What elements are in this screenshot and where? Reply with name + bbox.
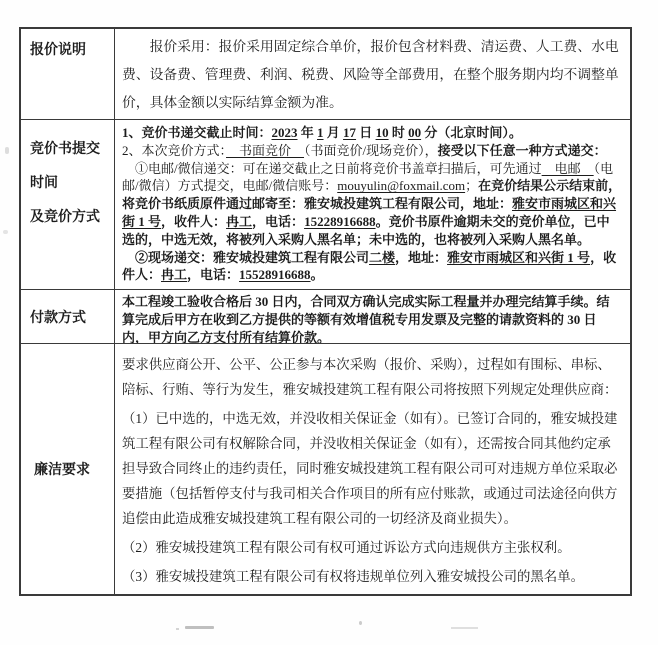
paragraph: 2、本次竞价方式： 书面竞价 （书面竞价/现场竞价），接受以下任意一种方式递交： — [122, 142, 622, 160]
text-run: 17 — [343, 125, 356, 140]
text-run: 00 — [408, 125, 421, 140]
paragraph: （2）雅安城投建筑工程有限公司有权可通过诉讼方式向违规供方主张权利。 — [122, 535, 622, 560]
text-run: 本工程竣工验收合格后 30 日内，合同双方确认完成实际工程量并办理完结算手续。结… — [122, 294, 610, 343]
table-row-bid-submission: 竞价书提交时间 及竞价方式 1、竞价书递交截止时间：2023 年 1 月 17 … — [21, 120, 630, 290]
row-content-payment-method: 本工程竣工验收合格后 30 日内，合同双方确认完成实际工程量并办理完结算手续。结… — [115, 290, 630, 343]
row-label-payment-method: 付款方式 — [21, 290, 115, 343]
table-row-payment-method: 付款方式 本工程竣工验收合格后 30 日内，合同双方确认完成实际工程量并办理完结… — [21, 290, 630, 344]
procurement-terms-table: 报价说明 报价采用：报价采用固定综合单价，报价包含材料费、清运费、人工费、水电费… — [19, 27, 632, 596]
text-run: ②现场递交：雅安城投建筑工程有限公司 — [135, 250, 369, 265]
paragraph: 1、竞价书递交截止时间：2023 年 1 月 17 日 10 时 00 分（北京… — [122, 124, 622, 142]
paragraph: （3）雅安城投建筑工程有限公司有权将违规单位列入雅安城投公司的黑名单。 — [122, 564, 622, 589]
table-row-integrity-requirements: 廉洁要求 要求供应商公开、公平、公正参与本次采购（报价、采购），过程如有围标、串… — [21, 344, 630, 594]
text-run: 分（北京时间）。 — [421, 125, 522, 140]
text-run: 二楼 — [369, 250, 395, 265]
text-run: 电邮 — [542, 161, 594, 176]
text-run: 日 — [356, 125, 376, 140]
row-content-bid-submission: 1、竞价书递交截止时间：2023 年 1 月 17 日 10 时 00 分（北京… — [115, 120, 630, 289]
text-run: 书面竞价 — [226, 143, 304, 158]
paragraph: （1）已中选的，中选无效，并没收相关保证金（如有）。已签订合同的，雅安城投建筑工… — [122, 406, 622, 531]
text-run: 15228916688 — [304, 214, 376, 229]
row-label-bid-submission: 竞价书提交时间 及竞价方式 — [21, 120, 115, 289]
scan-artifact — [3, 230, 8, 234]
text-run: 报价采用：报价采用固定综合单价，报价包含材料费、清运费、人工费、水电费、设备费、… — [122, 39, 619, 110]
text-run: 月 — [324, 125, 344, 140]
paragraph: ②现场递交：雅安城投建筑工程有限公司二楼，地址：雅安市雨城区和兴街 1 号，收件… — [122, 249, 622, 285]
text-run: 雅安市雨城区和兴街 1 号 — [447, 250, 590, 265]
table-row-quotation-notes: 报价说明 报价采用：报价采用固定综合单价，报价包含材料费、清运费、人工费、水电费… — [21, 29, 630, 120]
text-run: ，地址： — [395, 250, 447, 265]
scan-artifact — [185, 626, 214, 629]
scan-artifact — [5, 147, 9, 154]
text-run: 要求供应商公开、公平、公正参与本次采购（报价、采购），过程如有围标、串标、陪标、… — [122, 357, 617, 397]
text-run: 年 — [298, 125, 318, 140]
text-run: mouyulin@foxmail.com — [337, 178, 465, 193]
text-run: 10 — [376, 125, 389, 140]
text-run: ； — [465, 178, 478, 193]
scan-artifact — [176, 628, 179, 630]
text-run: 冉工 — [161, 267, 187, 282]
text-run: 。 — [311, 267, 324, 282]
text-run: （1）已中选的，中选无效，并没收相关保证金（如有）。已签订合同的，雅安城投建筑工… — [122, 411, 617, 526]
text-run: 时 — [389, 125, 409, 140]
text-run: 冉工 — [226, 214, 252, 229]
text-run: ，电话： — [187, 267, 239, 282]
scan-artifact — [451, 627, 478, 629]
paragraph: 要求供应商公开、公平、公正参与本次采购（报价、采购），过程如有围标、串标、陪标、… — [122, 352, 622, 402]
text-run: （2）雅安城投建筑工程有限公司有权可通过诉讼方式向违规供方主张权利。 — [122, 540, 571, 555]
row-label-integrity-requirements: 廉洁要求 — [21, 344, 115, 594]
text-run: （3）雅安城投建筑工程有限公司有权将违规单位列入雅安城投公司的黑名单。 — [122, 569, 584, 584]
text-run: ，收件人： — [161, 214, 226, 229]
text-run: 2、本次竞价方式： — [122, 143, 226, 158]
text-run: 接受以下任意一种方式递交： — [438, 143, 607, 158]
text-run: （书面竞价/现场竞价）， — [304, 143, 438, 158]
row-content-integrity-requirements: 要求供应商公开、公平、公正参与本次采购（报价、采购），过程如有围标、串标、陪标、… — [115, 344, 630, 594]
text-run: 15528916688 — [239, 267, 311, 282]
scan-artifact — [359, 621, 362, 625]
row-label-quotation-notes: 报价说明 — [21, 29, 115, 119]
text-run: 2023 — [272, 125, 298, 140]
paragraph: 本工程竣工验收合格后 30 日内，合同双方确认完成实际工程量并办理完结算手续。结… — [122, 293, 622, 343]
paragraph: 报价采用：报价采用固定综合单价，报价包含材料费、清运费、人工费、水电费、设备费、… — [122, 33, 622, 117]
text-run: 1、竞价书递交截止时间： — [122, 125, 272, 140]
paragraph: ①电邮/微信递交：可在递交截止之日前将竞价书盖章扫描后，可先通过 电邮 （电邮/… — [122, 160, 622, 249]
row-content-quotation-notes: 报价采用：报价采用固定综合单价，报价包含材料费、清运费、人工费、水电费、设备费、… — [115, 29, 630, 119]
text-run: ①电邮/微信递交：可在递交截止之日前将竞价书盖章扫描后，可先通过 — [135, 161, 542, 176]
text-run: ，电话： — [252, 214, 304, 229]
